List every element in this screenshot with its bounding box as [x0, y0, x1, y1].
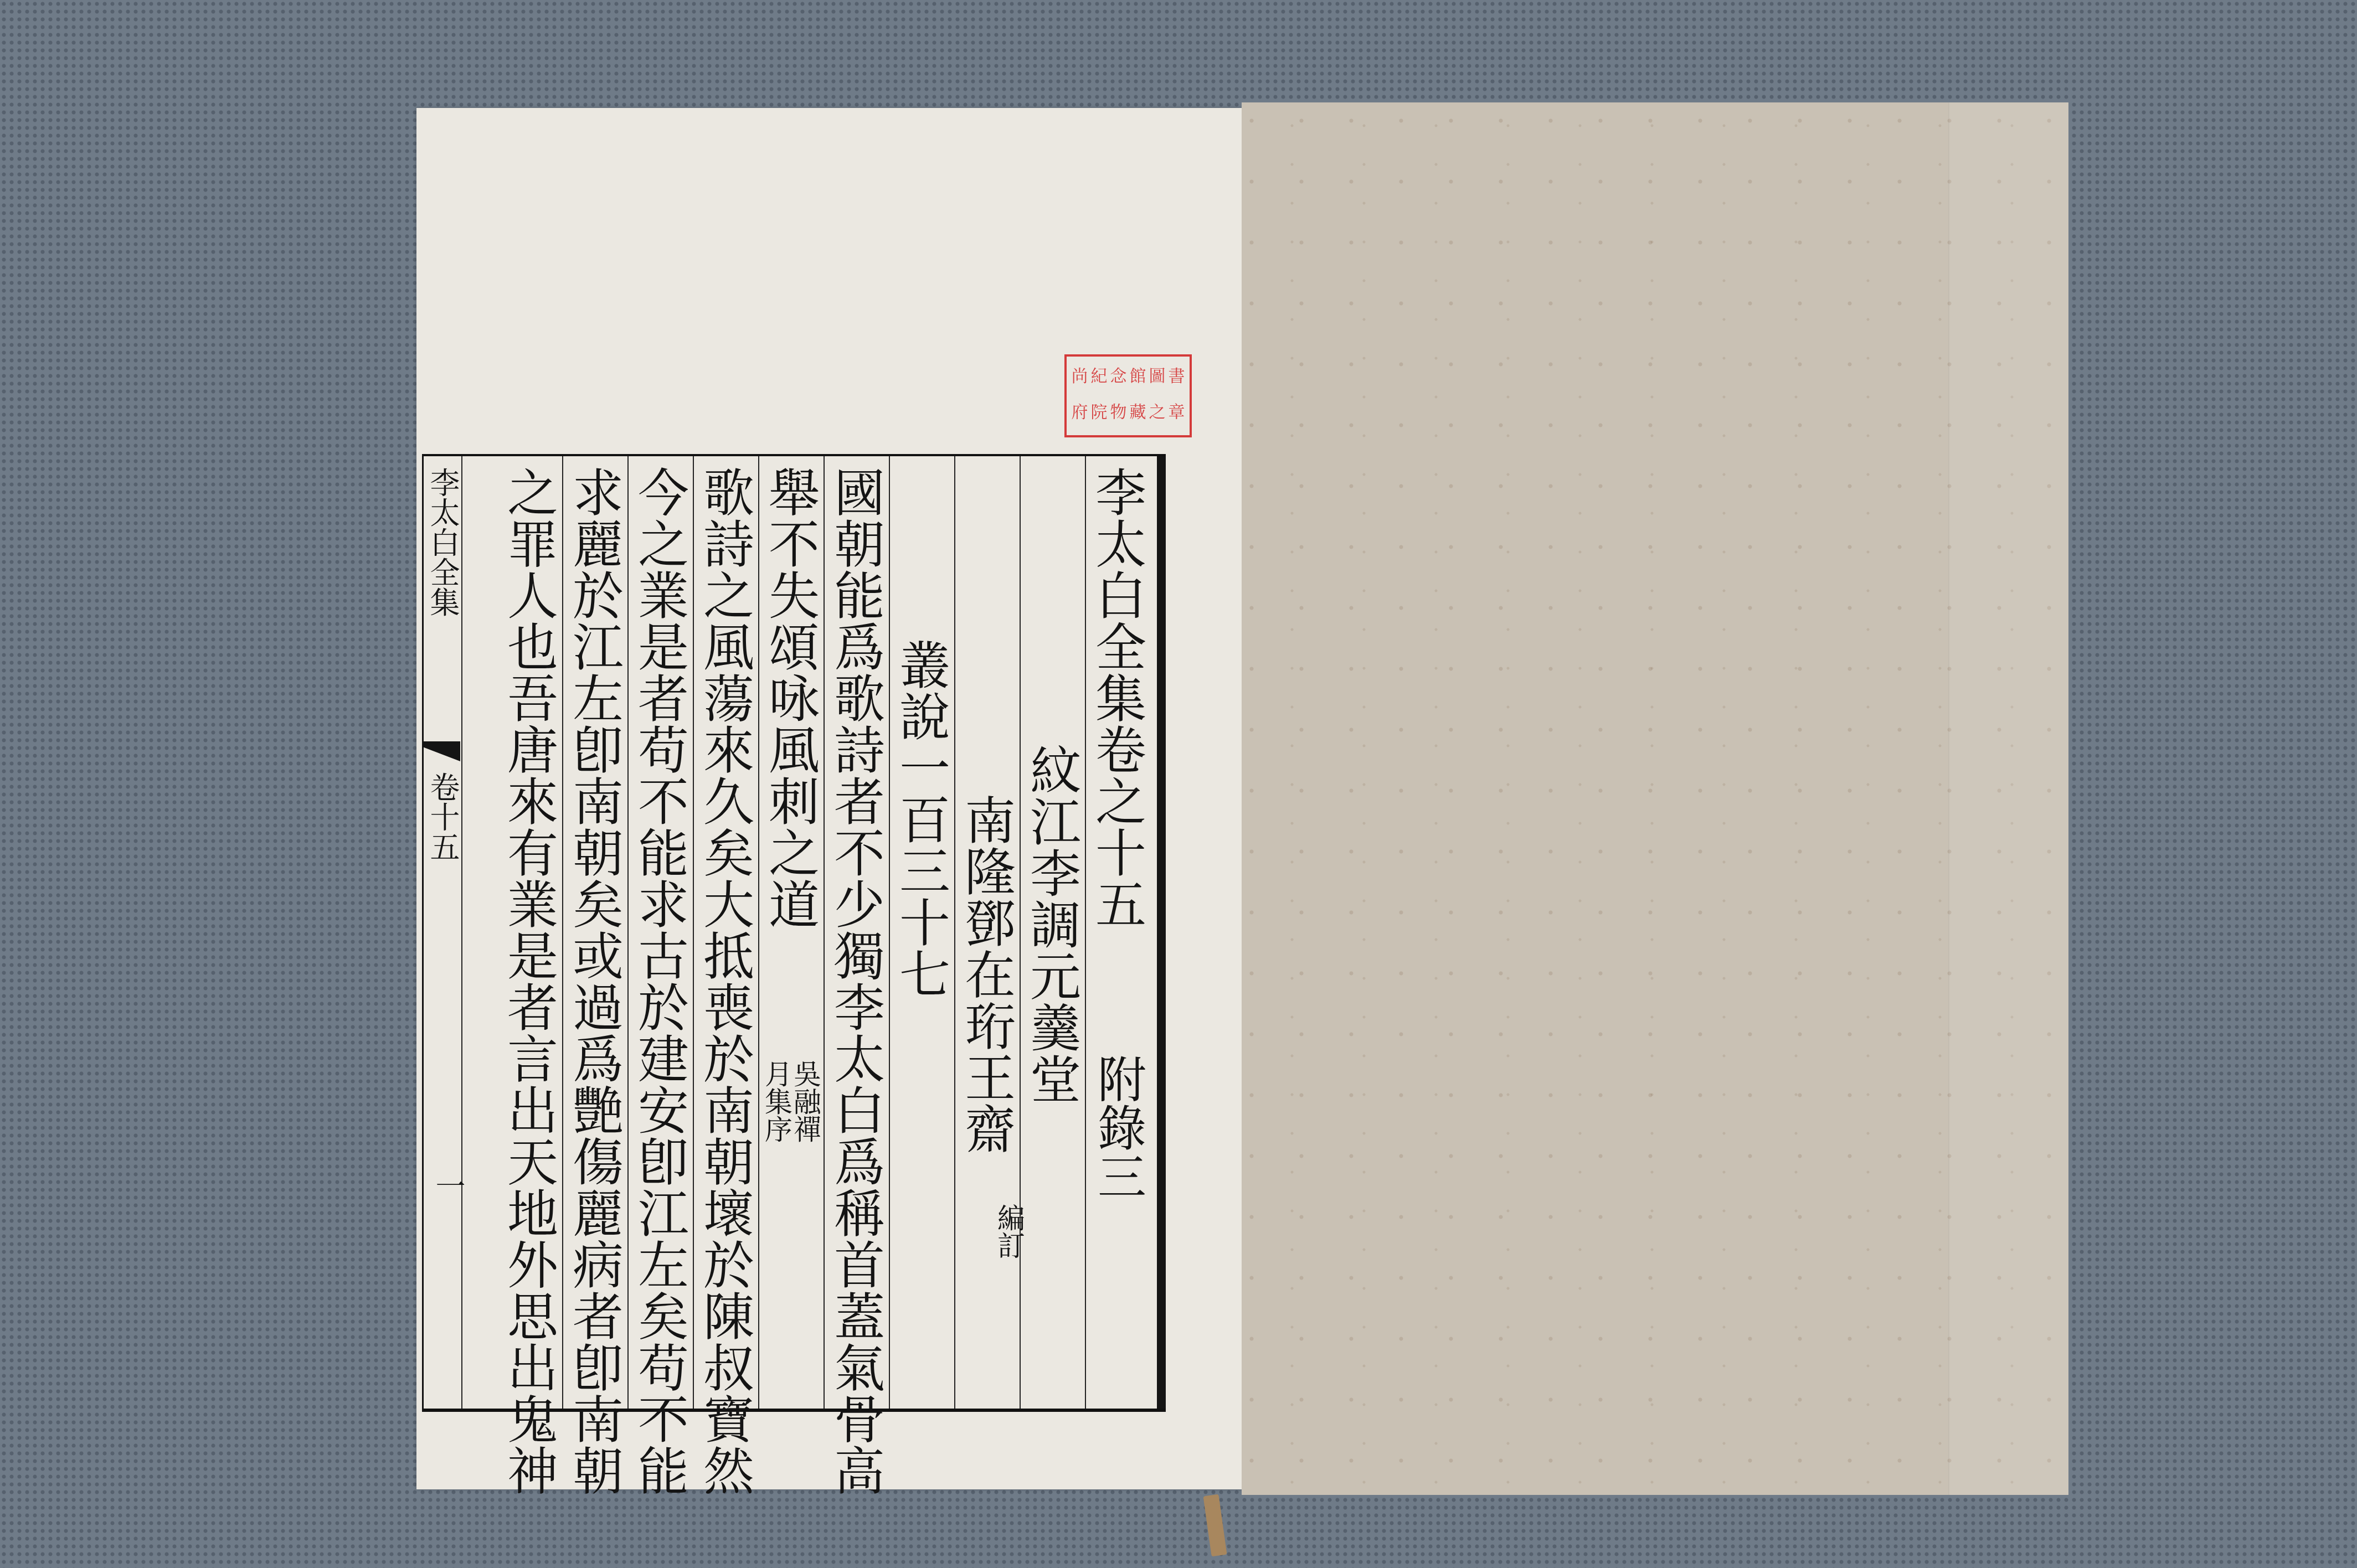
- centerfold-juan: 卷十五: [427, 772, 458, 862]
- seal-char: 尚: [1070, 360, 1089, 396]
- body-text-line: 國朝能爲歌詩者不少獨李太白爲稱首蓋氣骨高: [825, 466, 886, 1496]
- column-body-1: 國朝能爲歌詩者不少獨李太白爲稱首蓋氣骨高: [825, 456, 890, 1409]
- column-body-6: 之罪人也吾唐來有業是者言出天地外思出鬼神: [498, 456, 563, 1409]
- column-body-3: 歌詩之風蕩來久矣大抵喪於南朝壞於陳叔寶然: [694, 456, 759, 1409]
- section-heading: 叢說一百三十七: [890, 639, 951, 999]
- frame-border-thick: [1157, 456, 1166, 1409]
- appendix-label: 附錄三: [1090, 1054, 1146, 1200]
- collector-seal: 書 圖 館 念 紀 尚 章 之 藏 物 院 府: [1064, 354, 1192, 437]
- column-section: 叢說一百三十七: [890, 456, 955, 1409]
- volume-title: 李太白全集卷之十五: [1086, 466, 1147, 930]
- paper-tab: [1203, 1494, 1227, 1557]
- seal-char: 章: [1167, 396, 1186, 432]
- source-note: 月集序: [761, 1060, 791, 1143]
- body-text-line: 之罪人也吾唐來有業是者言出天地外思出鬼神: [498, 466, 559, 1496]
- editor-name-2: 南隆鄧在珩王齋: [955, 794, 1016, 1154]
- column-editor-2: 南隆鄧在珩王齋 編訂: [955, 456, 1021, 1409]
- printed-frame: 李太白全集 卷十五 一 李太白全集卷之十五 附錄三 紋江李調元羹堂 南隆鄧在珩王…: [422, 454, 1166, 1412]
- right-cover-paper: [1242, 102, 2068, 1495]
- seal-char: 院: [1089, 396, 1109, 432]
- fish-tail-icon: [424, 741, 460, 761]
- seal-char: 紀: [1089, 360, 1109, 396]
- cover-fold-band: [1948, 102, 2068, 1495]
- body-text-line: 今之業是者苟不能求古於建安卽江左矣苟不能: [629, 466, 689, 1496]
- seal-char: 藏: [1128, 396, 1147, 432]
- column-body-5: 求麗於江左卽南朝矣或過爲艷傷麗病者卽南朝: [563, 456, 629, 1409]
- centerfold-banxin: 李太白全集 卷十五 一: [424, 456, 462, 1409]
- left-page: 書 圖 館 念 紀 尚 章 之 藏 物 院 府 李太白全集 卷十五 一 李太白全…: [416, 108, 1242, 1489]
- seal-char: 館: [1128, 360, 1147, 396]
- edited-label: 編訂: [994, 1204, 1024, 1259]
- editor-name-1: 紋江李調元羹堂: [1021, 744, 1082, 1105]
- column-body-2: 舉不失頌咏風刺之道 吳融禪 月集序: [759, 456, 825, 1409]
- column-body-4: 今之業是者苟不能求古於建安卽江左矣苟不能: [629, 456, 694, 1409]
- seal-char: 之: [1147, 396, 1167, 432]
- seal-char: 物: [1109, 396, 1128, 432]
- seal-char: 念: [1109, 360, 1128, 396]
- column-title: 李太白全集卷之十五 附錄三: [1086, 456, 1151, 1409]
- centerfold-title: 李太白全集: [427, 467, 458, 617]
- centerfold-page-number: 一: [427, 1170, 470, 1200]
- body-text-line: 舉不失頌咏風刺之道: [759, 466, 820, 930]
- column-editor-1: 紋江李調元羹堂: [1021, 456, 1086, 1409]
- body-text-line: 歌詩之風蕩來久矣大抵喪於南朝壞於陳叔寶然: [694, 466, 755, 1496]
- body-text-line: 求麗於江左卽南朝矣或過爲艷傷麗病者卽南朝: [563, 466, 624, 1496]
- source-note: 吳融禪: [790, 1060, 820, 1143]
- seal-char: 府: [1070, 396, 1089, 432]
- seal-char: 書: [1167, 360, 1186, 396]
- seal-char: 圖: [1147, 360, 1167, 396]
